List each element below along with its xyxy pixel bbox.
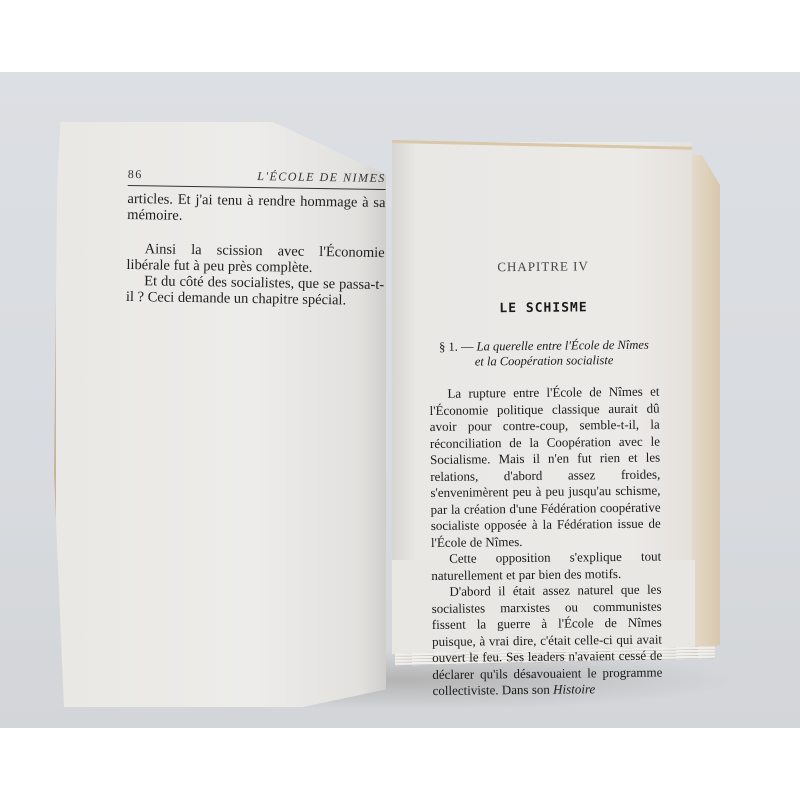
- paragraph: articles. Et j'ai tenu à rendre hommage …: [127, 191, 385, 227]
- section-heading: § 1. — La querelle entre l'École de Nîme…: [429, 338, 659, 370]
- paragraph: La rupture entre l'École de Nîmes et l'É…: [429, 384, 661, 551]
- section-number: § 1. —: [439, 340, 474, 354]
- chapter-title: LE SCHISME: [428, 299, 658, 318]
- paragraph: Ainsi la scission avec l'Économie libéra…: [126, 241, 384, 277]
- section-title-line2: et la Coopération socialiste: [475, 353, 614, 368]
- italic-word: Histoire: [553, 681, 595, 696]
- paragraph-text: D'abord il était assez naturel que les s…: [432, 582, 663, 698]
- right-page-text: CHAPITRE IV LE SCHISME § 1. — La querell…: [428, 256, 663, 700]
- running-head: 86 L'ÉCOLE DE NIMES: [128, 166, 386, 190]
- chapter-number: CHAPITRE IV: [428, 258, 658, 277]
- page-number: 86: [128, 166, 143, 182]
- section-title-line1: La querelle entre l'École de Nîmes: [477, 338, 649, 354]
- paragraph: D'abord il était assez naturel que les s…: [431, 582, 662, 700]
- paragraph: Et du côté des socialistes, que se passa…: [126, 273, 384, 309]
- running-title: L'ÉCOLE DE NIMES: [257, 168, 386, 186]
- paragraph: Cette opposition s'explique tout naturel…: [431, 549, 661, 584]
- left-page-text: 86 L'ÉCOLE DE NIMES articles. Et j'ai te…: [126, 166, 386, 309]
